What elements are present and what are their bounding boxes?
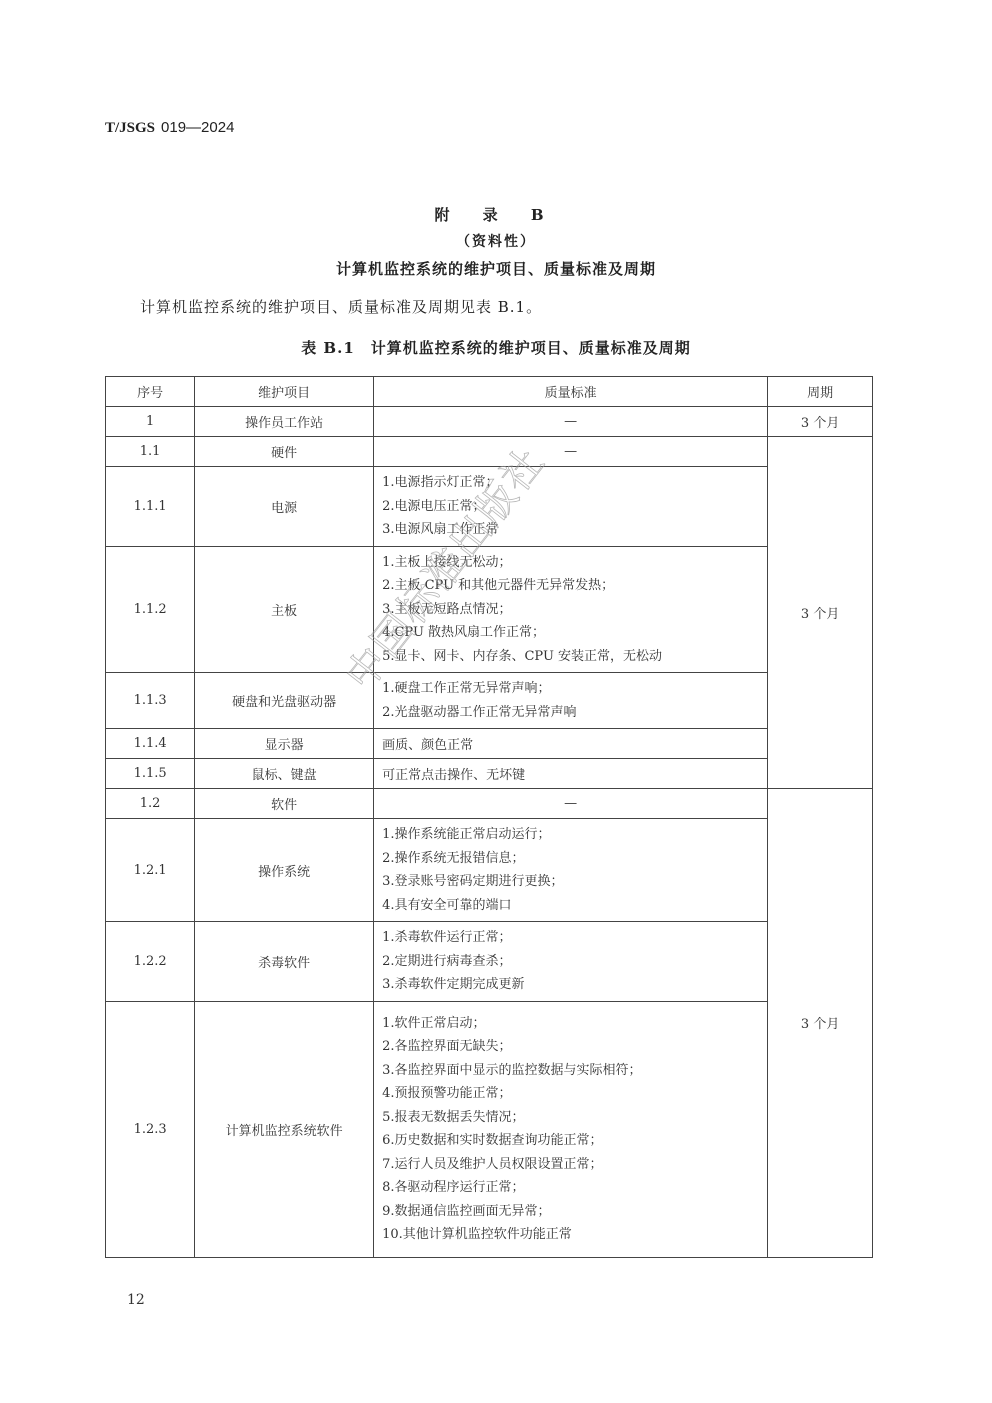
intro-paragraph: 计算机监控系统的维护项目、质量标准及周期见表 B.1。	[140, 296, 542, 317]
standard-line: 8.各驱动程序运行正常；	[382, 1176, 767, 1200]
row-number: 1.1.2	[106, 546, 195, 673]
standard-line: 1.操作系统能正常启动运行；	[382, 823, 767, 847]
row-number: 1	[106, 407, 195, 437]
standard-line: 1.硬盘工作正常无异常声响；	[382, 677, 767, 701]
appendix-heading: 计算机监控系统的维护项目、质量标准及周期	[0, 258, 992, 279]
standard-line: 4.具有安全可靠的端口	[382, 894, 767, 918]
standard-line: 9.数据通信监控画面无异常；	[382, 1200, 767, 1224]
row-standard: 1.软件正常启动； 2.各监控界面无缺失； 3.各监控界面中显示的监控数据与实际…	[374, 1001, 768, 1257]
table-row: 1.2 软件 — 3 个月	[106, 789, 873, 819]
row-standard: 1.杀毒软件运行正常； 2.定期进行病毒查杀； 3.杀毒软件定期完成更新	[374, 922, 768, 1002]
standard-line: 5.显卡、网卡、内存条、CPU 安装正常，无松动	[382, 645, 767, 669]
row-item: 操作员工作站	[195, 407, 374, 437]
table-row: 1.1.2 主板 1.主板上接线无松动； 2.主板 CPU 和其他元器件无异常发…	[106, 546, 873, 673]
row-item: 电源	[195, 467, 374, 547]
row-standard: —	[374, 789, 768, 819]
standard-prefix: T/JSGS	[105, 120, 155, 136]
column-header-standard: 质量标准	[374, 377, 768, 407]
table-caption: 表 B.1计算机监控系统的维护项目、质量标准及周期	[0, 337, 992, 358]
standard-code: T/JSGS019—2024	[105, 118, 234, 137]
row-number: 1.1	[106, 437, 195, 467]
table-row: 1.1.4 显示器 画质、颜色正常	[106, 729, 873, 759]
row-number: 1.1.1	[106, 467, 195, 547]
row-item: 计算机监控系统软件	[195, 1001, 374, 1257]
standard-line: 4.预报预警功能正常；	[382, 1082, 767, 1106]
column-header-no: 序号	[106, 377, 195, 407]
table-caption-number: 表 B.1	[301, 339, 355, 357]
row-period: 3 个月	[768, 407, 873, 437]
appendix-title: 附 录 B	[0, 204, 992, 225]
page-number: 12	[127, 1292, 145, 1308]
standard-line: 10.其他计算机监控软件功能正常	[382, 1223, 767, 1247]
row-number: 1.1.3	[106, 673, 195, 729]
row-standard: 1.操作系统能正常启动运行； 2.操作系统无报错信息； 3.登录账号密码定期进行…	[374, 819, 768, 922]
row-number: 1.2	[106, 789, 195, 819]
row-standard: —	[374, 437, 768, 467]
column-header-item: 维护项目	[195, 377, 374, 407]
row-number: 1.2.1	[106, 819, 195, 922]
row-number: 1.2.2	[106, 922, 195, 1002]
row-item: 操作系统	[195, 819, 374, 922]
row-number: 1.1.4	[106, 729, 195, 759]
row-number: 1.2.3	[106, 1001, 195, 1257]
standard-line: 1.杀毒软件运行正常；	[382, 926, 767, 950]
row-standard: 画质、颜色正常	[374, 729, 768, 759]
row-item: 软件	[195, 789, 374, 819]
appendix-type: （资料性）	[0, 231, 992, 251]
standard-line: 4.CPU 散热风扇工作正常；	[382, 621, 767, 645]
row-item: 硬件	[195, 437, 374, 467]
standard-line: 3.各监控界面中显示的监控数据与实际相符；	[382, 1059, 767, 1083]
standard-number: 019—2024	[161, 119, 234, 136]
row-standard: 1.硬盘工作正常无异常声响； 2.光盘驱动器工作正常无异常声响	[374, 673, 768, 729]
column-header-period: 周期	[768, 377, 873, 407]
standard-line: 2.光盘驱动器工作正常无异常声响	[382, 701, 767, 725]
table-row: 1 操作员工作站 — 3 个月	[106, 407, 873, 437]
row-item: 硬盘和光盘驱动器	[195, 673, 374, 729]
row-standard: 可正常点击操作、无坏键	[374, 759, 768, 789]
standard-line: 2.操作系统无报错信息；	[382, 847, 767, 871]
table-caption-title: 计算机监控系统的维护项目、质量标准及周期	[371, 339, 691, 357]
hardware-period: 3 个月	[768, 437, 873, 789]
standard-line: 6.历史数据和实时数据查询功能正常；	[382, 1129, 767, 1153]
row-standard: —	[374, 407, 768, 437]
table-row: 1.1.3 硬盘和光盘驱动器 1.硬盘工作正常无异常声响； 2.光盘驱动器工作正…	[106, 673, 873, 729]
row-item: 显示器	[195, 729, 374, 759]
row-item: 杀毒软件	[195, 922, 374, 1002]
standard-line: 1.软件正常启动；	[382, 1012, 767, 1036]
table-row: 1.2.1 操作系统 1.操作系统能正常启动运行； 2.操作系统无报错信息； 3…	[106, 819, 873, 922]
row-number: 1.1.5	[106, 759, 195, 789]
table-row: 1.2.3 计算机监控系统软件 1.软件正常启动； 2.各监控界面无缺失； 3.…	[106, 1001, 873, 1257]
standard-line: 5.报表无数据丢失情况；	[382, 1106, 767, 1130]
row-item: 鼠标、键盘	[195, 759, 374, 789]
standard-line: 3.登录账号密码定期进行更换；	[382, 870, 767, 894]
table-header-row: 序号 维护项目 质量标准 周期	[106, 377, 873, 407]
standard-line: 2.电源电压正常；	[382, 495, 767, 519]
software-period: 3 个月	[768, 789, 873, 1258]
table-row: 1.2.2 杀毒软件 1.杀毒软件运行正常； 2.定期进行病毒查杀； 3.杀毒软…	[106, 922, 873, 1002]
table-row: 1.1.5 鼠标、键盘 可正常点击操作、无坏键	[106, 759, 873, 789]
standard-line: 7.运行人员及维护人员权限设置正常；	[382, 1153, 767, 1177]
standard-line: 2.各监控界面无缺失；	[382, 1035, 767, 1059]
standard-line: 2.定期进行病毒查杀；	[382, 950, 767, 974]
standard-line: 3.杀毒软件定期完成更新	[382, 973, 767, 997]
standard-line: 1.电源指示灯正常；	[382, 471, 767, 495]
